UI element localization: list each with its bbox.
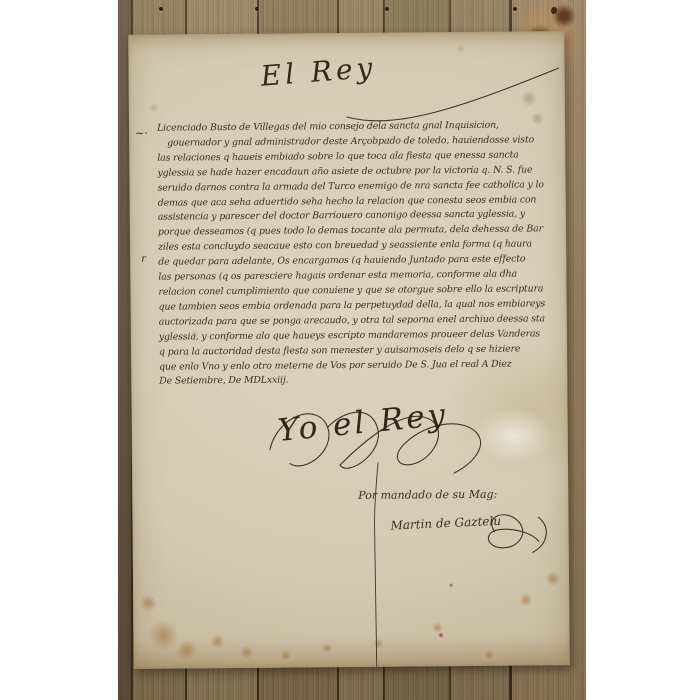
nail-head xyxy=(255,7,259,11)
foxing-stain xyxy=(139,595,157,612)
secretary-signature: Martin de Gaztelu xyxy=(390,514,501,533)
countersign-order-line: Por mandado de su Mag: xyxy=(358,488,497,502)
secretary-rubric xyxy=(532,517,546,552)
foxing-stain xyxy=(209,634,225,649)
nail-head xyxy=(513,7,517,11)
manuscript-body: Licenciado Busto de Villegas del mio con… xyxy=(157,118,557,390)
nail-head xyxy=(159,7,163,11)
margin-mark: r xyxy=(141,254,146,265)
royal-signature: Yo el Rey xyxy=(276,397,449,449)
red-speck xyxy=(438,632,443,638)
foxing-stain xyxy=(280,650,292,661)
royal-heading: El Rey xyxy=(259,51,377,93)
foxing-stain xyxy=(374,639,384,649)
foxing-stain xyxy=(240,646,254,659)
opening-mark: ∼· xyxy=(135,127,148,140)
foxing-stain xyxy=(149,103,159,113)
foxing-stain xyxy=(322,643,333,653)
foxing-stain xyxy=(456,44,465,53)
manuscript-line: De Setiembre, De MDLxxiij. xyxy=(159,372,557,390)
foxing-stain xyxy=(545,571,561,586)
manuscript-paper: El Rey ∼· r Licenciado Busto de Villegas… xyxy=(128,31,570,669)
foxing-stain xyxy=(484,650,495,660)
foxing-stain xyxy=(176,640,198,660)
red-speck xyxy=(449,583,453,587)
nail-head xyxy=(385,7,389,11)
foxing-stain xyxy=(147,620,179,650)
moss-stain xyxy=(521,89,537,107)
foxing-stain xyxy=(519,593,533,606)
